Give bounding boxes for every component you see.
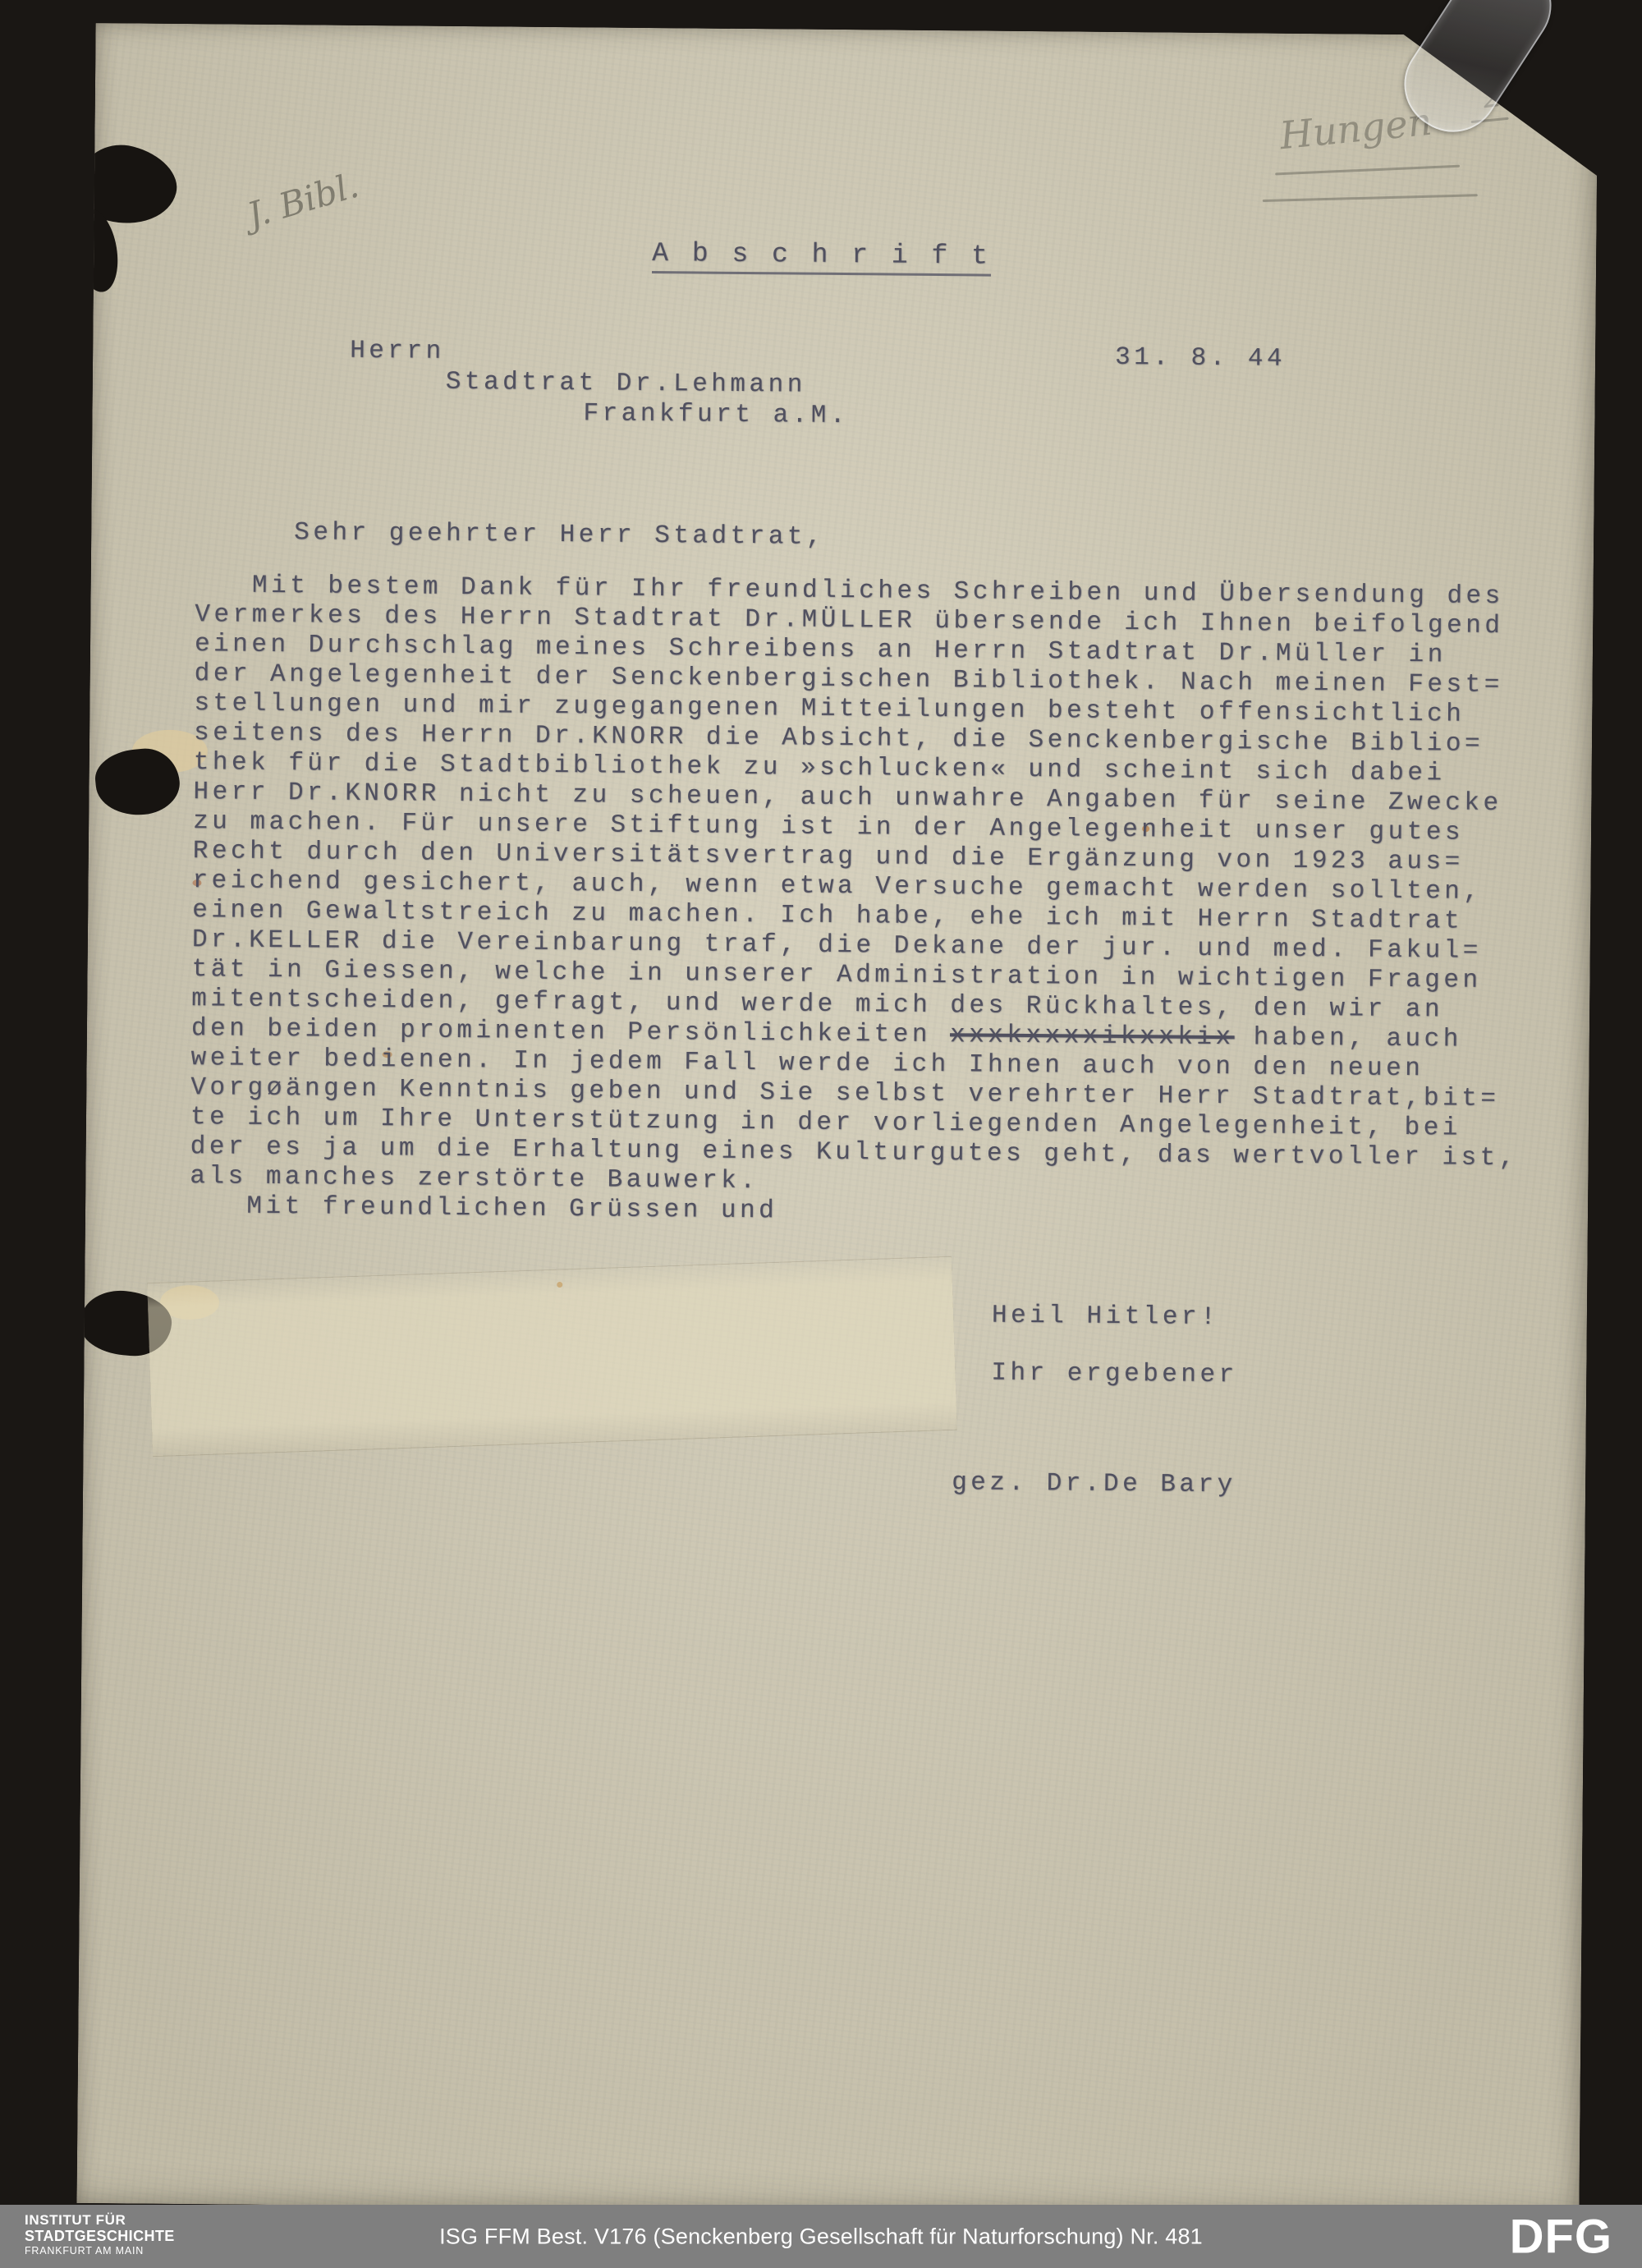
struck-text: xxxkxxxxikxxkix: [950, 1021, 1235, 1052]
letter-body: Mit bestem Dank für Ihr freundliches Sch…: [190, 571, 1523, 1233]
tape-strip: [147, 1257, 956, 1456]
institute-logo-line2: STADTGESCHICHTE: [25, 2228, 175, 2244]
pencil-underline: [1263, 194, 1478, 202]
pencil-annotation-top-left: J. Bibl.: [243, 165, 363, 236]
closing-signature: gez. Dr.De Bary: [952, 1468, 1236, 1499]
archival-scan: { "annotations": { "top_left_pencil": "J…: [0, 0, 1642, 2268]
dfg-logo: DFG: [1510, 2209, 1612, 2264]
recipient-line-3: Frankfurt a.M.: [583, 399, 849, 430]
recipient-line-2: Stadtrat Dr.Lehmann: [446, 368, 806, 400]
archive-reference: ISG FFM Best. V176 (Senckenberg Gesellsc…: [439, 2224, 1203, 2249]
closing-salute: Heil Hitler!: [992, 1302, 1220, 1332]
document-title: A b s c h r i f t: [652, 238, 992, 277]
stain: [557, 1282, 562, 1288]
closing-devotion: Ihr ergebener: [991, 1359, 1238, 1390]
recipient-line-1: Herrn: [350, 337, 445, 366]
pencil-underline: [1275, 165, 1460, 176]
torn-notch: [71, 135, 185, 236]
archive-footer-bar: INSTITUT FÜR STADTGESCHICHTE FRANKFURT A…: [0, 2205, 1642, 2268]
letter-date: 31. 8. 44: [1115, 343, 1286, 374]
document-page: J. Bibl. Hungen 2 A b s c h r i f t Herr…: [76, 23, 1598, 2216]
institute-logo-line3: FRANKFURT AM MAIN: [25, 2245, 175, 2257]
institute-logo: INSTITUT FÜR STADTGESCHICHTE FRANKFURT A…: [25, 2212, 175, 2257]
salutation: Sehr geehrter Herr Stadtrat,: [294, 518, 825, 552]
institute-logo-line1: INSTITUT FÜR: [25, 2212, 175, 2228]
